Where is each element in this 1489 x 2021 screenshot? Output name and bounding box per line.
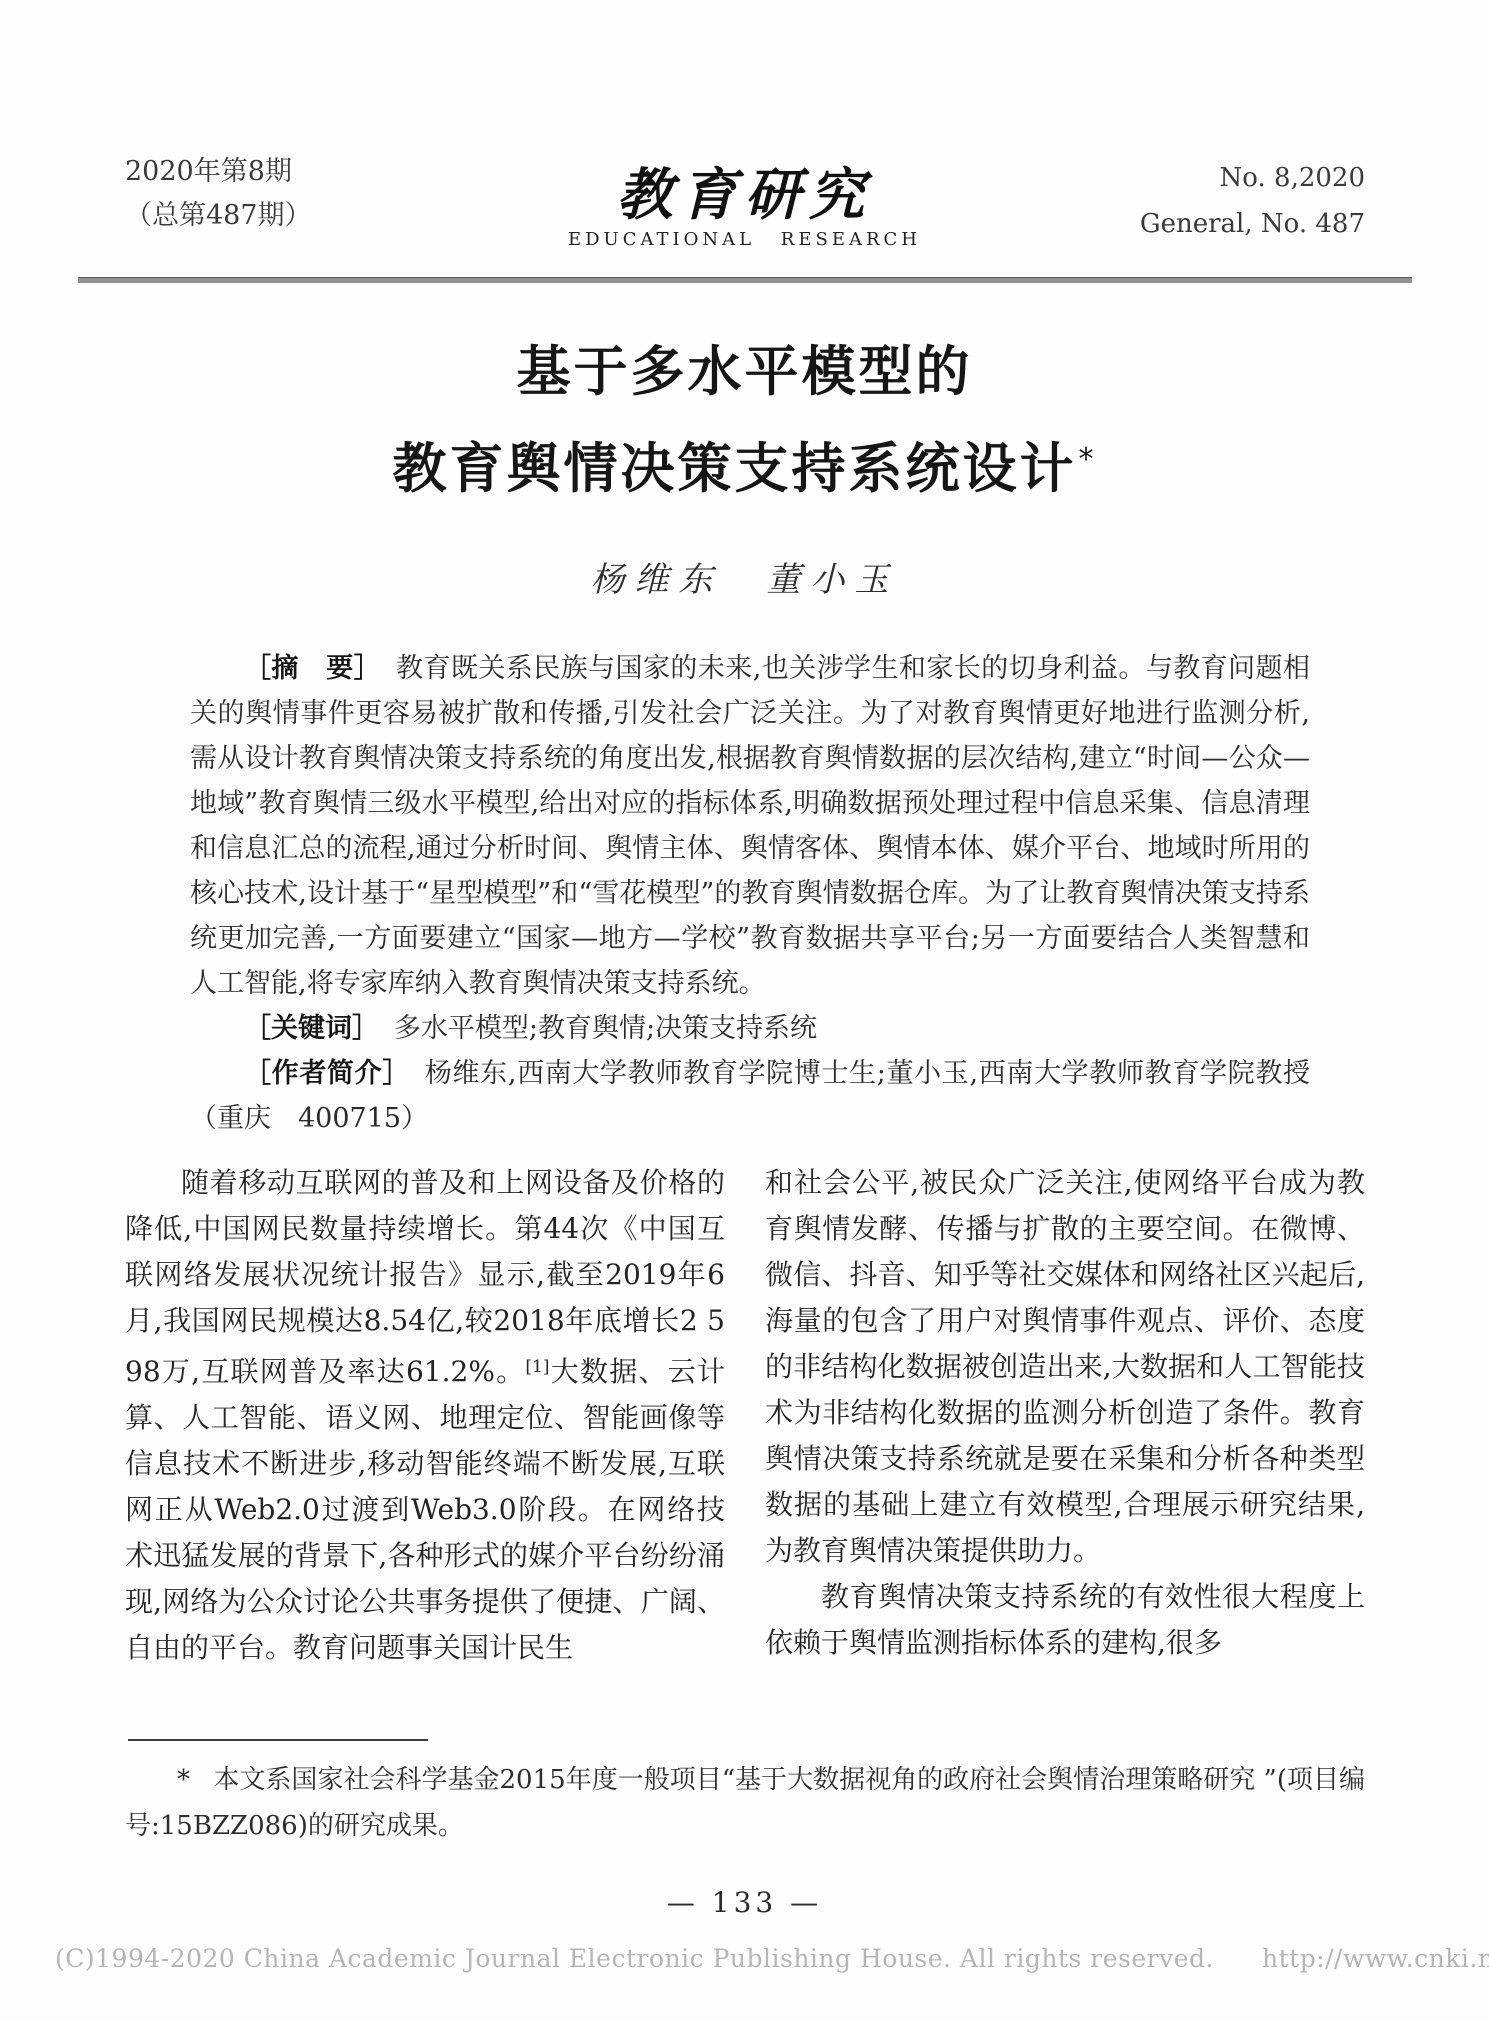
copyright-text: (C)1994-2020 China Academic Journal Elec… bbox=[55, 1944, 1214, 1973]
masthead-issue-info-en: No. 8,2020 General, No. 487 bbox=[1140, 155, 1365, 247]
article-title-line2: 教育舆情决策支持系统设计 bbox=[393, 437, 1077, 500]
reference-marker-1: [1] bbox=[525, 1357, 549, 1377]
article-title-line1: 基于多水平模型的 bbox=[517, 340, 973, 403]
author-bio-paragraph: ［作者简介］杨维东,西南大学教师教育学院博士生;董小玉,西南大学教师教育学院教授… bbox=[190, 1051, 1310, 1141]
issue-general-en: General, No. 487 bbox=[1140, 201, 1365, 247]
keywords-paragraph: ［关键词］多水平模型;教育舆情;决策支持系统 bbox=[190, 1006, 1310, 1051]
journal-page: 2020年第8期 （总第487期） 教育研究 EDUCATIONAL RESEA… bbox=[0, 0, 1489, 2021]
cnki-url: http://www.cnki.net bbox=[1262, 1944, 1489, 1973]
body-paragraph-2: 教育舆情决策支持系统的有效性很大程度上依赖于舆情监测指标体系的建构,很多 bbox=[765, 1574, 1365, 1666]
footnote-text: 本文系国家社会科学基金2015年度一般项目“基于大数据视角的政府社会舆情治理策略… bbox=[125, 1765, 1365, 1841]
title-footnote-asterisk: * bbox=[1079, 442, 1097, 477]
authors-line: 杨维东 董小玉 bbox=[0, 552, 1489, 601]
footnote-paragraph: *本文系国家社会科学基金2015年度一般项目“基于大数据视角的政府社会舆情治理策… bbox=[125, 1757, 1365, 1849]
body-columns: 随着移动互联网的普及和上网设备及价格的降低,中国网民数量持续增长。第44次《中国… bbox=[125, 1160, 1365, 1671]
copyright-footer: (C)1994-2020 China Academic Journal Elec… bbox=[55, 1944, 1489, 1973]
issue-number-en: No. 8,2020 bbox=[1140, 155, 1365, 201]
body-paragraph-1-continued: 和社会公平,被民众广泛关注,使网络平台成为教育舆情发酵、传播与扩散的主要空间。在… bbox=[765, 1160, 1365, 1574]
keywords-text: 多水平模型;教育舆情;决策支持系统 bbox=[394, 1013, 817, 1044]
abstract-label: ［摘 要］ bbox=[244, 653, 381, 684]
body-right-column: 和社会公平,被民众广泛关注,使网络平台成为教育舆情发酵、传播与扩散的主要空间。在… bbox=[765, 1160, 1365, 1671]
body-paragraph-1: 随着移动互联网的普及和上网设备及价格的降低,中国网民数量持续增长。第44次《中国… bbox=[125, 1160, 725, 1671]
footnote-asterisk: * bbox=[177, 1765, 190, 1795]
article-title: 基于多水平模型的 教育舆情决策支持系统设计* bbox=[0, 328, 1489, 513]
keywords-label: ［关键词］ bbox=[244, 1013, 379, 1044]
abstract-section: ［摘 要］教育既关系民族与国家的未来,也关涉学生和家长的切身利益。与教育问题相关… bbox=[190, 646, 1310, 1141]
body-left-column: 随着移动互联网的普及和上网设备及价格的降低,中国网民数量持续增长。第44次《中国… bbox=[125, 1160, 725, 1671]
abstract-text: 教育既关系民族与国家的未来,也关涉学生和家长的切身利益。与教育问题相关的舆情事件… bbox=[190, 653, 1310, 999]
footnote-divider bbox=[128, 1739, 428, 1741]
abstract-paragraph: ［摘 要］教育既关系民族与国家的未来,也关涉学生和家长的切身利益。与教育问题相关… bbox=[190, 646, 1310, 1006]
footnote-section: *本文系国家社会科学基金2015年度一般项目“基于大数据视角的政府社会舆情治理策… bbox=[125, 1757, 1365, 1849]
body-text: 大数据、云计算、人工智能、语义网、地理定位、智能画像等信息技术不断进步,移动智能… bbox=[125, 1355, 725, 1664]
masthead-divider bbox=[78, 277, 1412, 283]
page-number: — 133 — bbox=[0, 1886, 1489, 1919]
author-bio-label: ［作者简介］ bbox=[244, 1058, 410, 1089]
